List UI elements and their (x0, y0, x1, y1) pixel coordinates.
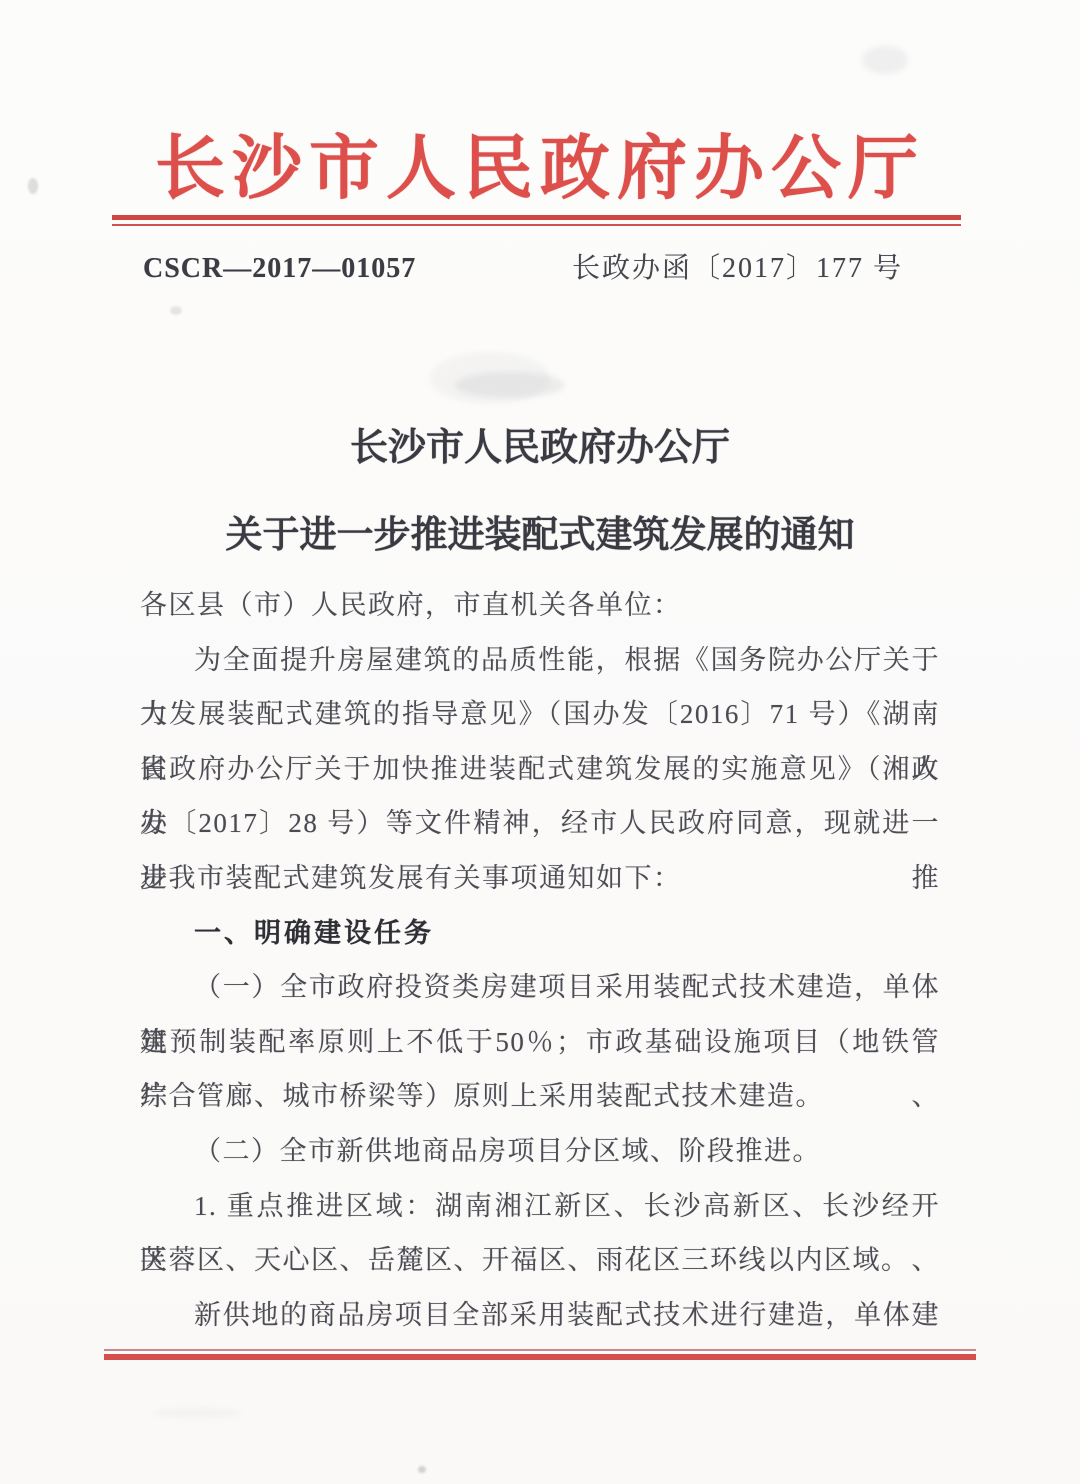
body-line: 新供地的商品房项目全部采用装配式技术进行建造，单体建 (140, 1288, 940, 1343)
agency-letterhead: 长沙市人民政府办公厅 (0, 112, 1080, 213)
scan-smudge (418, 1466, 426, 1473)
body-line: 发〔2017〕28 号）等文件精神，经市人民政府同意，现就进一步推 (140, 796, 940, 851)
salutation-line: 各区县（市）人民政府，市直机关各单位： (140, 578, 940, 633)
scanned-document-page: 长沙市人民政府办公厅 CSCR—2017—01057 长政办函〔2017〕177… (0, 0, 1080, 1484)
footer-rule-thick (104, 1354, 976, 1360)
document-title-line1: 长沙市人民政府办公厅 (0, 416, 1080, 471)
body-line: 筑预制装配率原则上不低于50％；市政基础设施项目（地铁管片、 (140, 1015, 940, 1070)
document-number-row: CSCR—2017—01057 长政办函〔2017〕177 号 (143, 246, 903, 286)
body-line: 综合管廊、城市桥梁等）原则上采用装配式技术建造。 (140, 1069, 940, 1124)
scan-smudge (430, 352, 550, 404)
header-rule-thick (112, 215, 961, 220)
footer-rule-thin (104, 1349, 976, 1351)
body-line: 1. 重点推进区域：湖南湘江新区、长沙高新区、长沙经开区、 (140, 1179, 940, 1234)
header-rule-thin (112, 224, 961, 226)
body-line: 为全面提升房屋建筑的品质性能，根据《国务院办公厅关于大 (140, 633, 940, 688)
body-line: 芙蓉区、天心区、岳麓区、开福区、雨花区三环线以内区域。 (140, 1233, 940, 1288)
scan-smudge (28, 178, 38, 194)
section-heading: 一、明确建设任务 (140, 906, 940, 961)
scan-smudge (862, 46, 908, 74)
document-body: 各区县（市）人民政府，市直机关各单位： 为全面提升房屋建筑的品质性能，根据《国务… (140, 578, 940, 1342)
body-line: （二）全市新供地商品房项目分区域、阶段推进。 (140, 1124, 940, 1179)
body-line: （一）全市政府投资类房建项目采用装配式技术建造，单体建 (140, 960, 940, 1015)
scan-smudge (170, 306, 182, 315)
serial-code: CSCR—2017—01057 (143, 253, 416, 285)
document-reference-number: 长政办函〔2017〕177 号 (572, 246, 903, 286)
document-title-line2: 关于进一步推进装配式建筑发展的通知 (0, 504, 1080, 558)
scan-smudge (152, 1408, 242, 1418)
body-line: 力发展装配式建筑的指导意见》（国办发〔2016〕71 号）《湖南省人 (140, 687, 940, 742)
body-line: 民政府办公厅关于加快推进装配式建筑发展的实施意见》（湘政办 (140, 742, 940, 797)
